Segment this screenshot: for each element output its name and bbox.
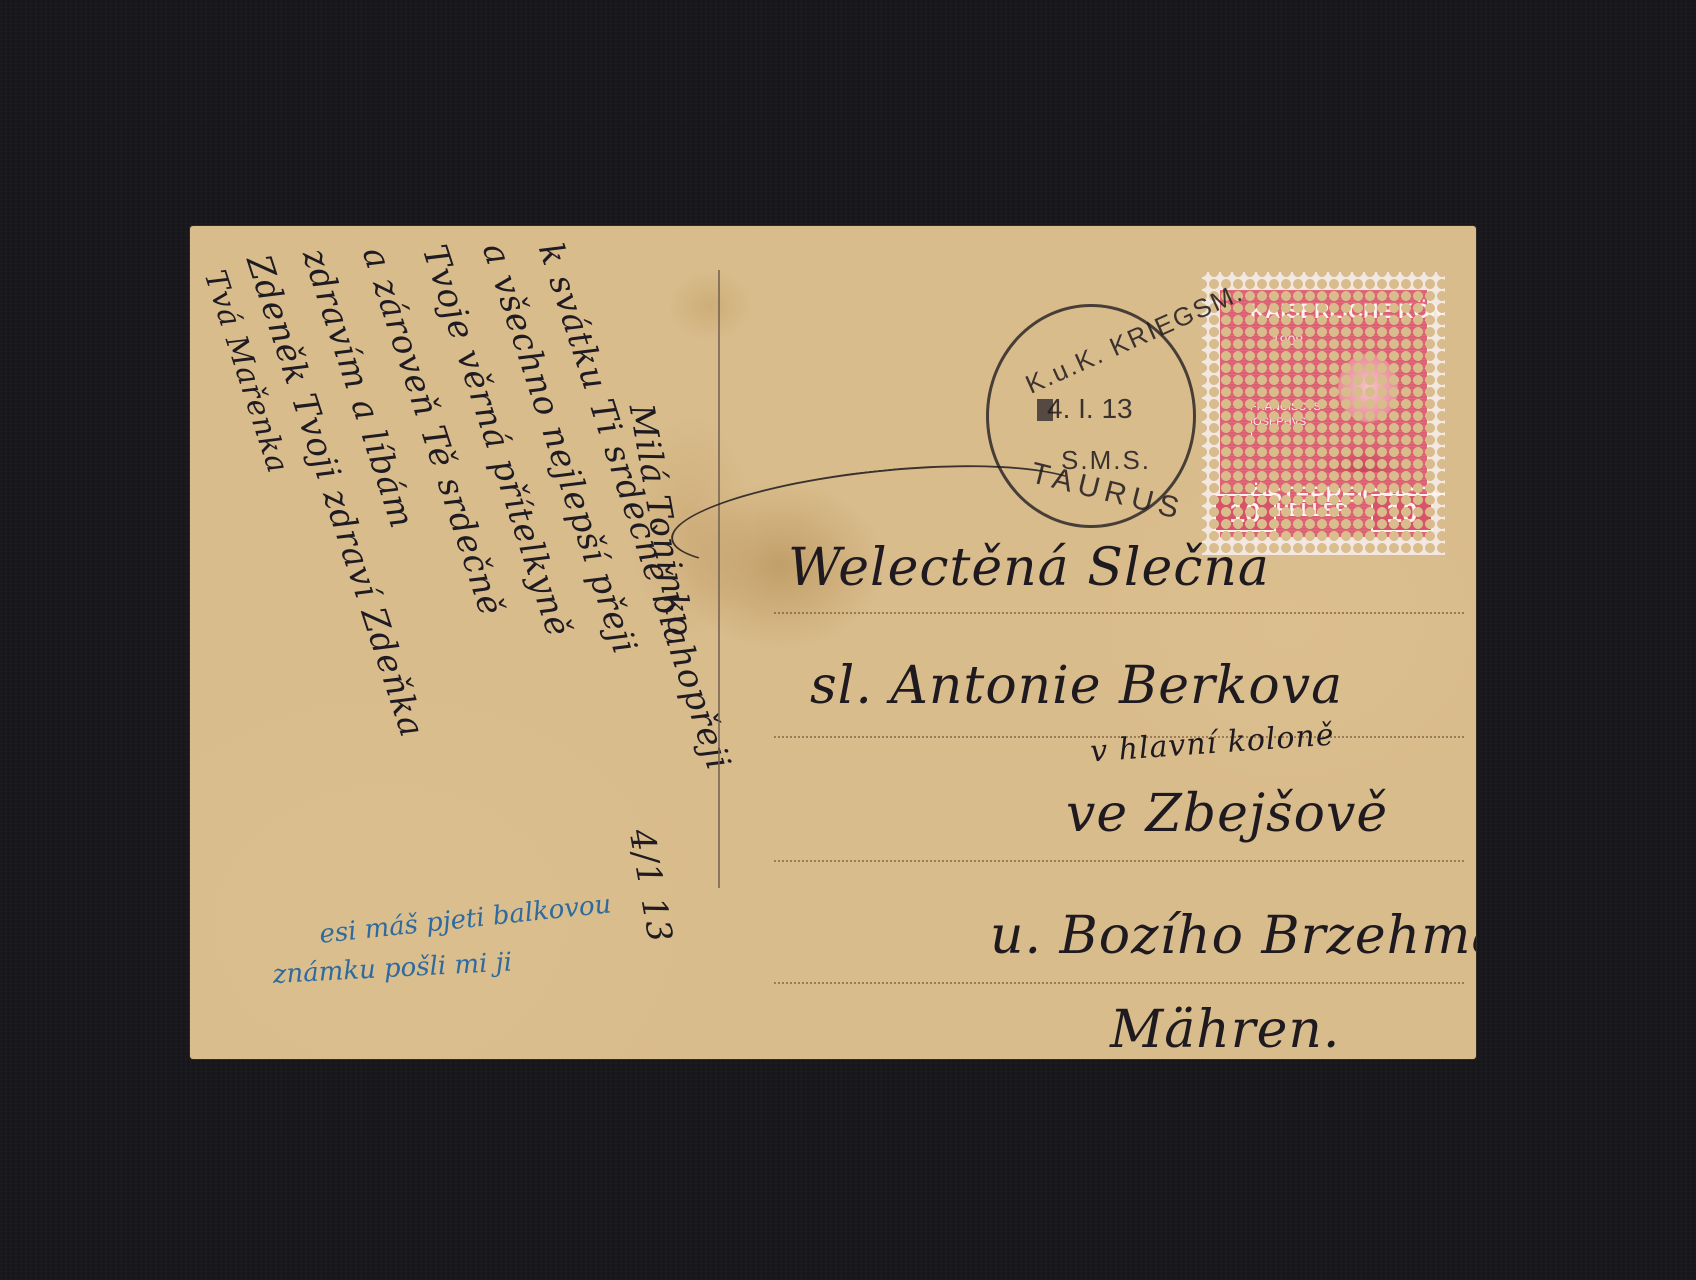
stamp-value-right: 10	[1371, 494, 1433, 532]
postcard: k svátku Ti srdečně blahopřeji a všechno…	[190, 226, 1476, 1059]
address-line-3: ve Zbejšově	[1066, 784, 1388, 844]
stamp-value-left: 10	[1214, 494, 1276, 532]
blue-note-line2: známku pošli mi ji	[272, 947, 513, 989]
address-rule	[774, 982, 1464, 984]
stamp-denomination: HELLER	[1276, 500, 1348, 521]
message-date: 4/1 13	[621, 826, 680, 946]
blue-note-line1: esi máš pjeti balkovou	[318, 889, 613, 949]
postage-stamp: KAISERLICHE KÖNIGLICHE 1908 FRANCISCVS I…	[1202, 272, 1445, 555]
stamp-name: FRANCISCVS IOSEPHVS I.	[1250, 400, 1321, 445]
stamp-top-text: KAISERLICHE KÖNIGLICHE	[1250, 300, 1476, 324]
address-rule	[774, 612, 1464, 614]
card-divider	[718, 270, 720, 888]
address-line-1: Welectěná Slečna	[788, 538, 1270, 598]
address-rule	[774, 860, 1464, 862]
address-line-4: u. Bozího Brzehmani	[990, 906, 1476, 966]
postmark-date: 4. I. 13	[1047, 393, 1133, 425]
address-line-2-note: v hlavní koloně	[1089, 718, 1336, 770]
postmark-cancel: K.u.K. KRIEGSM. 4. I. 13 S.M.S. TAURUS	[986, 304, 1196, 528]
address-line-2: sl. Antonie Berkova	[810, 656, 1343, 716]
stamp-year: 1908	[1272, 332, 1303, 348]
emperor-portrait-icon	[1310, 342, 1414, 472]
address-line-5: Mähren.	[1110, 1000, 1340, 1059]
